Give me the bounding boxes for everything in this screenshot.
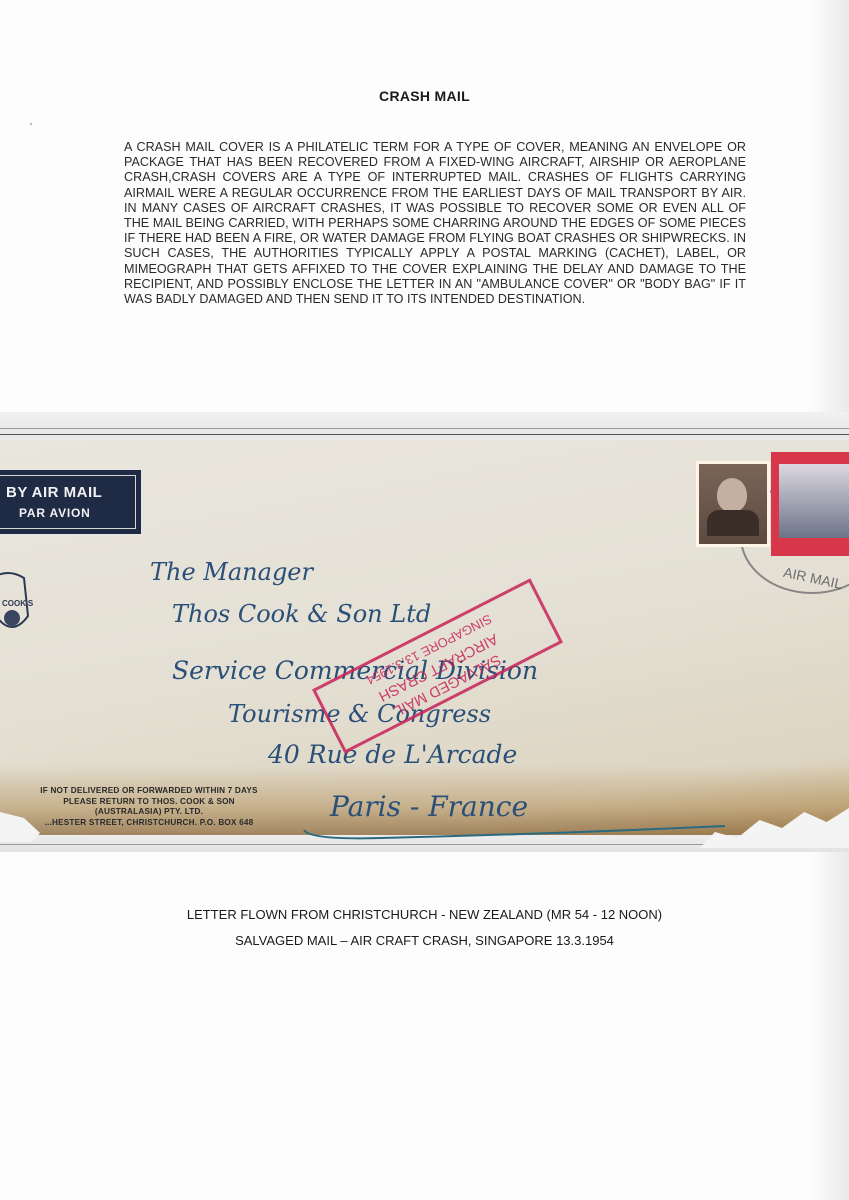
caption-line-2: SALVAGED MAIL – AIR CRAFT CRASH, SINGAPO… [0,933,849,948]
return-address-line: (AUSTRALASIA) PTY. LTD. [14,807,284,818]
airmail-label-line2: PAR AVION [19,506,91,520]
sleeve-edge-line [0,428,849,429]
address-line-1: The Manager [150,558,313,586]
sleeve-edge-line [0,434,849,435]
page-title: CRASH MAIL [0,88,849,104]
margin-mark: ' [30,122,32,133]
svg-text:COOK'S: COOK'S [2,599,34,608]
stamp-queen [771,452,849,556]
airmail-label: BY AIR MAIL PAR AVION [0,468,143,536]
cooks-logo-icon: COOK'S [0,568,34,642]
return-address-line: PLEASE RETURN TO THOS. COOK & SON [14,797,284,808]
return-address-line: ...HESTER STREET, CHRISTCHURCH. P.O. BOX… [14,818,284,829]
stamp-king-george [696,461,770,547]
caption-line-1: LETTER FLOWN FROM CHRISTCHURCH - NEW ZEA… [0,907,849,922]
address-line-2: Thos Cook & Son Ltd [172,600,431,628]
return-address: IF NOT DELIVERED OR FORWARDED WITHIN 7 D… [14,786,284,828]
return-address-line: IF NOT DELIVERED OR FORWARDED WITHIN 7 D… [14,786,284,797]
airmail-label-line1: BY AIR MAIL [6,484,102,501]
address-underline [300,818,730,842]
intro-paragraph: A CRASH MAIL COVER IS A PHILATELIC TERM … [124,140,746,307]
address-line-5: 40 Rue de L'Arcade [268,740,517,769]
